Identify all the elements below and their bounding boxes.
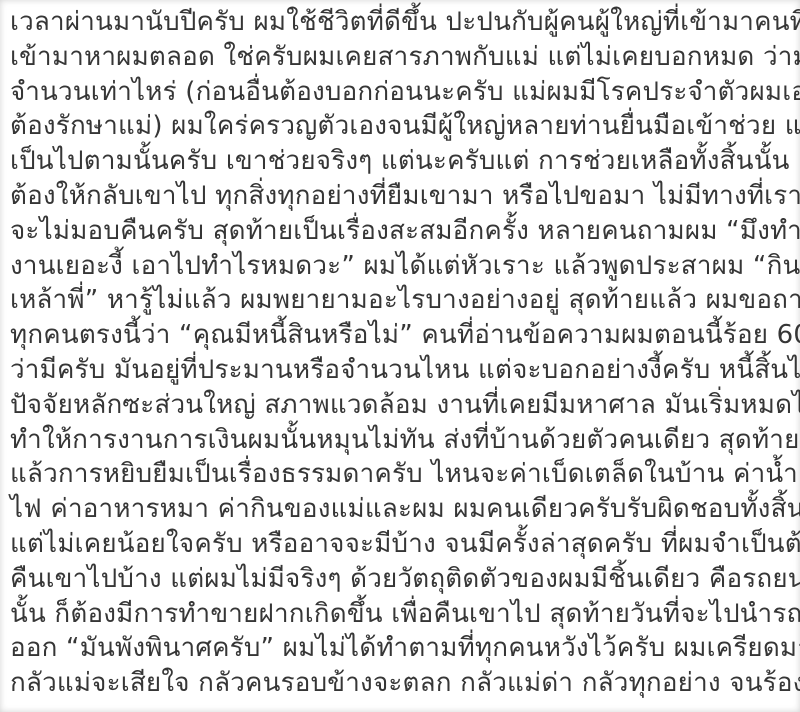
text-line: แต่ไม่เคยน้อยใจครับ หรืออาจจะมีบ้าง จนมี… — [10, 527, 794, 562]
text-line: ทุกคนตรงนี้ว่า “คุณมีหนี้สินหรือไม่” คนท… — [10, 318, 794, 353]
text-line: ต้องรักษาแม่) ผมใคร่ครวญตัวเองจนมีผู้ใหญ… — [10, 109, 794, 144]
text-line: ออก “มันพังพินาศครับ” ผมไม่ได้ทำตามที่ทุ… — [10, 631, 794, 666]
text-page: เวลาผ่านมานับปีครับ ผมใช้ชีวิตที่ดีขึ้น … — [0, 0, 800, 712]
text-line: ไฟ ค่าอาหารหมา ค่ากินของแม่และผม ผมคนเดี… — [10, 492, 794, 527]
text-line: แล้วการหยิบยืมเป็นเรื่องธรรมดาครับ ไหนจะ… — [10, 457, 794, 492]
text-line: นั้น ก็ต้องมีการทำขายฝากเกิดขึ้น เพื่อคื… — [10, 597, 794, 632]
text-line: จะไม่มอบคืนครับ สุดท้ายเป็นเรื่องสะสมอีก… — [10, 214, 794, 249]
text-line: ต้องให้กลับเขาไป ทุกสิ่งทุกอย่างที่ยืมเข… — [10, 179, 794, 214]
text-line: ทำให้การงานการเงินผมนั้นหมุนไม่ทัน ส่งที… — [10, 423, 794, 458]
text-line: เหล้าพี่” หารู้ไม่แล้ว ผมพยายามอะไรบางอย… — [10, 283, 794, 318]
text-line: คืนเขาไปบ้าง แต่ผมไม่มีจริงๆ ด้วยวัตถุติ… — [10, 562, 794, 597]
text-line: เวลาผ่านมานับปีครับ ผมใช้ชีวิตที่ดีขึ้น … — [10, 5, 794, 40]
text-line: เป็นไปตามนั้นครับ เขาช่วยจริงๆ แต่นะครับ… — [10, 144, 794, 179]
text-line: กลัวแม่จะเสียใจ กลัวคนรอบข้างจะตลก กลัวแ… — [10, 666, 794, 701]
text-line: เข้ามาหาผมตลอด ใช่ครับผมเคยสารภาพกับแม่ … — [10, 40, 794, 75]
text-line: งานเยอะงี้ เอาไปทำไรหมดวะ” ผมได้แต่หัวเร… — [10, 249, 794, 284]
text-line: จำนวนเท่าไหร่ (ก่อนอื่นต้องบอกก่อนนะครับ… — [10, 75, 794, 110]
text-line: ปัจจัยหลักซะส่วนใหญ่ สภาพแวดล้อม งานที่เ… — [10, 388, 794, 423]
text-line: ว่ามีครับ มันอยู่ที่ประมานหรือจำนวนไหน แ… — [10, 353, 794, 388]
